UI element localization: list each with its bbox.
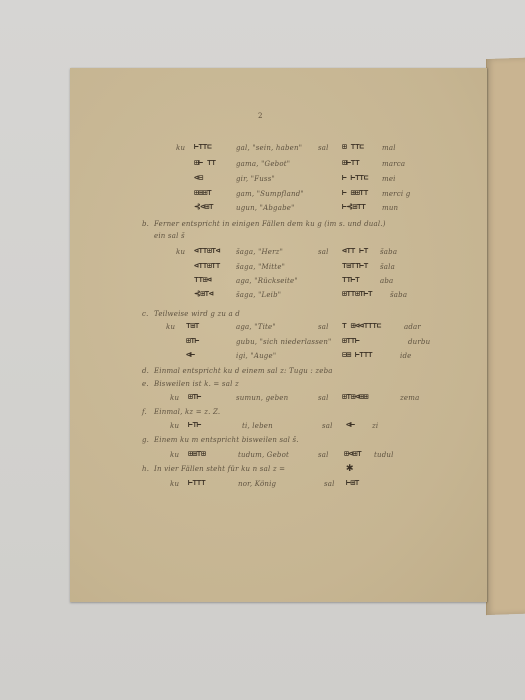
sal-label: sal: [318, 144, 329, 152]
sal-word: šaba: [380, 248, 397, 256]
gloss: nor, König: [238, 480, 276, 488]
sal-label: sal: [322, 422, 333, 430]
gloss: ugun, "Abgabe": [236, 204, 295, 212]
sal-cuneiform-sign: ⊢⊰⊞⊤⊤: [342, 202, 365, 211]
sal-word: mal: [382, 144, 396, 152]
gloss: sumun, geben: [236, 394, 288, 402]
cuneiform-sign: ⊰⊞⊤⊲: [194, 289, 213, 298]
sal-word: šaba: [390, 291, 407, 299]
sal-cuneiform-sign: ⊞⊲⊞⊤: [344, 449, 361, 458]
sal-cuneiform-sign: ⊞ ⊤⊤⊏: [342, 142, 364, 151]
sal-word: zi: [372, 422, 378, 430]
section-label: c.: [142, 310, 149, 318]
sal-cuneiform-sign: ⊤⊤⊢⊤: [342, 275, 359, 284]
section-heading-continued: ein sal š: [154, 232, 185, 240]
section-label: f.: [142, 408, 147, 416]
gloss: igi, "Auge": [236, 352, 276, 360]
sal-label: sal: [318, 451, 329, 459]
cuneiform-sign: ⊞⊤⊢: [188, 392, 201, 401]
cuneiform-sign: ⊤⊤⊞⊲: [194, 275, 211, 284]
row-prefix: ku: [166, 323, 175, 331]
gloss: tudum, Gebot: [238, 451, 289, 459]
cuneiform-sign: ⊲⊟: [194, 173, 203, 182]
sal-cuneiform-sign: ⊢ ⊢⊤⊤⊏: [342, 173, 368, 182]
sal-word: mei: [382, 175, 396, 183]
sal-cuneiform-sign: ⊞⊤⊤⊢: [342, 336, 359, 345]
cuneiform-sign: ⊢⊤⊢: [188, 420, 201, 429]
sal-word: šala: [380, 263, 395, 271]
gloss: aga, "Rückseite": [236, 277, 298, 285]
sal-word: mun: [382, 204, 398, 212]
gloss: aga, "Tite": [236, 323, 276, 331]
sal-cuneiform-sign: ⊢⊞⊤: [346, 478, 359, 487]
star-sign: ✱: [346, 460, 353, 474]
sal-cuneiform-sign: ⊟⊞ ⊢⊤⊤⊤: [342, 350, 372, 359]
gloss: šaga, "Herz": [236, 248, 283, 256]
sal-word: merci g: [382, 190, 410, 198]
section-heading: Teilweise wird g zu a d: [154, 310, 240, 318]
row-prefix: ku: [170, 394, 179, 402]
sal-cuneiform-sign: ⊤ ⊞⊲⊲⊤⊤⊤⊏: [342, 321, 381, 330]
sal-label: sal: [318, 323, 329, 331]
sal-label: sal: [324, 480, 335, 488]
gloss: šaga, "Leib": [236, 291, 281, 299]
sal-cuneiform-sign: ⊢ ⊞⊞⊤⊤: [342, 188, 368, 197]
sal-word: adar: [404, 323, 421, 331]
cuneiform-sign: ⊞⊢ ⊤⊤: [194, 158, 216, 167]
next-page-edge: [486, 57, 525, 615]
row-prefix: ku: [170, 422, 179, 430]
section-heading: Ferner entspricht in einigen Fällen dem …: [154, 220, 386, 228]
sal-cuneiform-sign: ⊲⊤⊤ ⊢⊤: [342, 246, 368, 255]
row-prefix: ku: [176, 144, 185, 152]
cuneiform-sign: ⊤⊞⊤: [186, 321, 199, 330]
section-text: In vier Fällen steht für ku n sal z =: [154, 465, 285, 473]
sal-word: durbu: [408, 338, 430, 346]
sal-cuneiform-sign: ⊞⊤⊞⊲⊞⊞: [342, 392, 368, 401]
row-prefix: ku: [170, 480, 179, 488]
row-prefix: ku: [176, 248, 185, 256]
row-prefix: ku: [170, 451, 179, 459]
sal-word: marca: [382, 160, 405, 168]
gloss: ti, leben: [242, 422, 273, 430]
cuneiform-sign: ⊢⊤⊤⊏: [194, 142, 211, 151]
page-number: 2: [258, 112, 262, 120]
sal-word: tudul: [374, 451, 394, 459]
section-label: g.: [142, 436, 149, 444]
section-label: h.: [142, 465, 149, 473]
section-text: Einem ku m entspricht bisweilen sal š.: [154, 436, 299, 444]
sal-word: ide: [400, 352, 411, 360]
cuneiform-sign: ⊞⊤⊢: [186, 336, 199, 345]
section-label: e.: [142, 380, 149, 388]
sal-label: sal: [318, 248, 329, 256]
cuneiform-sign: ⊢⊤⊤⊤: [188, 478, 205, 487]
sal-cuneiform-sign: ⊞⊢⊤⊤: [342, 158, 359, 167]
gloss: gal, "sein, haben": [236, 144, 302, 152]
gloss: šaga, "Mitte": [236, 263, 285, 271]
gloss: gubu, "sich niederlassen": [236, 338, 331, 346]
section-label: d.: [142, 367, 149, 375]
sal-word: zema: [400, 394, 419, 402]
gloss: gir, "Fuss": [236, 175, 275, 183]
sal-cuneiform-sign: ⊤⊞⊤⊤⊢⊤: [342, 261, 368, 270]
cuneiform-sign: ⊞⊞⊤⊞: [188, 449, 205, 458]
section-text: Einmal entspricht ku d einem sal z: Tugu…: [154, 367, 333, 375]
cuneiform-sign: ⊰⊲⊞⊤: [194, 202, 213, 211]
cuneiform-sign: ⊲⊤⊤⊞⊤⊲: [194, 246, 220, 255]
sal-label: sal: [318, 394, 329, 402]
sal-word: aba: [380, 277, 393, 285]
cuneiform-sign: ⊲⊢: [186, 350, 195, 359]
gloss: gam, "Sumpfland": [236, 190, 304, 198]
cuneiform-sign: ⊲⊤⊤⊞⊤⊤: [194, 261, 220, 270]
gloss: gama, "Gebot": [236, 160, 290, 168]
section-text: Bisweilen ist k. = sal z: [154, 380, 239, 388]
cuneiform-sign: ⊞⊞⊞⊤: [194, 188, 211, 197]
section-text: Einmal, kz = z. Z.: [154, 408, 220, 416]
section-label: b.: [142, 220, 149, 228]
sal-cuneiform-sign: ⊲⊢: [346, 420, 355, 429]
manuscript-page: 2 ku ⊢⊤⊤⊏ gal, "sein, haben" sal ⊞ ⊤⊤⊏ m…: [70, 68, 487, 602]
sal-cuneiform-sign: ⊞⊤⊤⊞⊤⊢⊤: [342, 289, 372, 298]
